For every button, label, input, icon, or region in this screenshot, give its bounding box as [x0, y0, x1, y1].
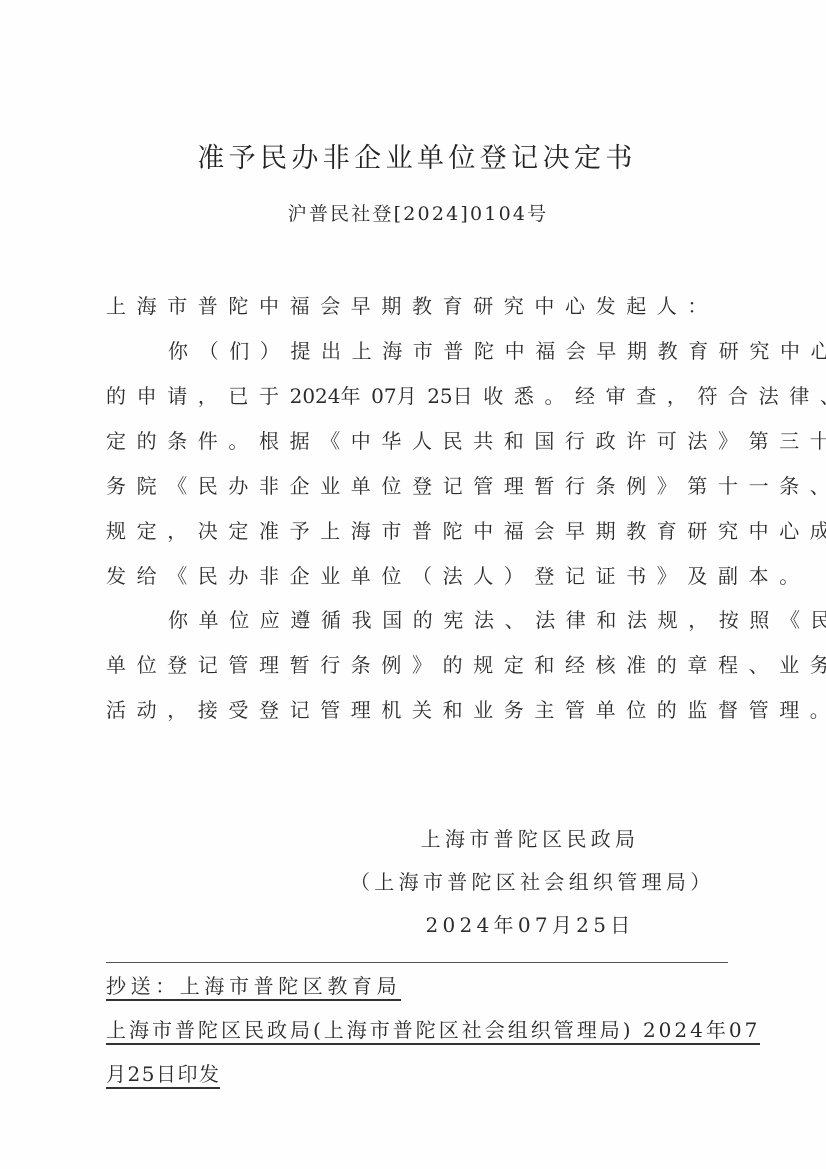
paragraph-line: 发给《民办非企业单位（法人）登记证书》及副本。 [106, 554, 746, 599]
text-run: 月 [397, 384, 428, 408]
paragraph-line: 你（们）提出上海市普陀中福会早期教育研究中心成立登记 [106, 329, 746, 374]
text-run: 的申请，已于 [106, 384, 290, 408]
paragraph-line: 的申请，已于2024年07月25日收悉。经审查，符合法律、法规规 [106, 374, 746, 419]
text-run: 年 [341, 384, 372, 408]
paragraph-line: 定的条件。根据《中华人民共和国行政许可法》第三十八条和国 [106, 419, 746, 464]
issued-line-2: 月25日印发 [106, 1062, 220, 1089]
paragraph-obligations: 你单位应遵循我国的宪法、法律和法规，按照《民办非企业 单位登记管理暂行条例》的规… [106, 598, 746, 733]
footer-divider [106, 962, 728, 963]
footer-issued: 上海市普陀区民政局(上海市普陀区社会组织管理局) 2024年07 [106, 1015, 760, 1045]
addressee: 上海市普陀中福会早期教育研究中心发起人： [106, 284, 746, 329]
document-number: 沪普民社登[2024]0104号 [0, 200, 826, 228]
cc-line: 抄送：上海市普陀区教育局 [106, 974, 401, 1001]
date-digits: 2024 [290, 384, 341, 408]
issued-line-1: 上海市普陀区民政局(上海市普陀区社会组织管理局) 2024年07 [106, 1018, 760, 1045]
date-digits: 07 [371, 384, 396, 408]
footer-issued-cont: 月25日印发 [106, 1059, 220, 1089]
paragraph-decision: 你（们）提出上海市普陀中福会早期教育研究中心成立登记 的申请，已于2024年07… [106, 329, 746, 599]
paragraph-line: 规定，决定准予上海市普陀中福会早期教育研究中心成立登记， [106, 509, 746, 554]
document-title: 准予民办非企业单位登记决定书 [0, 141, 826, 177]
signature-issuer-alias: （上海市普陀区社会组织管理局） [350, 860, 710, 904]
paragraph-line: 单位登记管理暂行条例》的规定和经核准的章程、业务范围开展 [106, 643, 746, 688]
paragraph-line: 你单位应遵循我国的宪法、法律和法规，按照《民办非企业 [106, 598, 746, 643]
signature-date: 2024年07月25日 [350, 903, 710, 947]
document-page: 准予民办非企业单位登记决定书 沪普民社登[2024]0104号 上海市普陀中福会… [0, 0, 826, 1169]
date-digits: 25 [427, 384, 452, 408]
addressee-text: 上海市普陀中福会早期教育研究中心发起人： [106, 284, 746, 329]
text-run: 日收悉。经审查，符合法律、法规规 [453, 384, 826, 408]
signature-issuer: 上海市普陀区民政局 [350, 817, 710, 861]
paragraph-line: 务院《民办非企业单位登记管理暂行条例》第十一条、十二条的 [106, 464, 746, 509]
paragraph-line: 活动，接受登记管理机关和业务主管单位的监督管理。 [106, 688, 746, 733]
footer-cc: 抄送：上海市普陀区教育局 [106, 971, 401, 1001]
